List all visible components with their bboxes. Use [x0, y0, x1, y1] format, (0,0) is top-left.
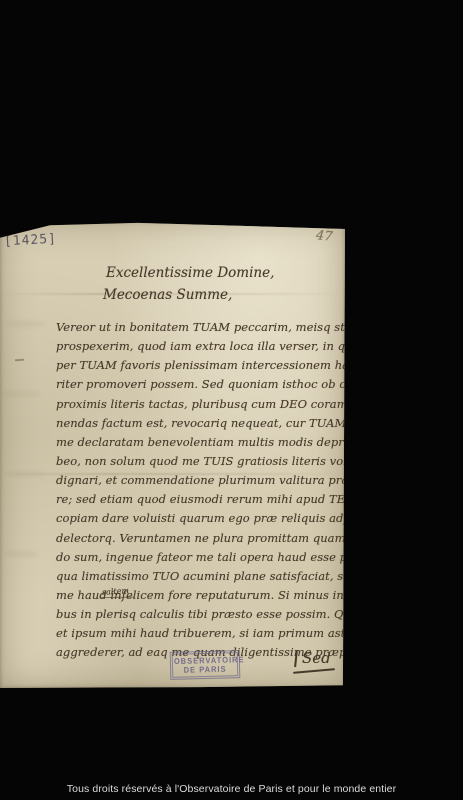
- verso-show-through: [3, 551, 39, 557]
- manuscript-line: riter promoveri possem. Sed quoniam isth…: [56, 375, 412, 394]
- verso-show-through: [6, 471, 46, 477]
- salutation-line-1: Excellentissime Domine,: [106, 262, 274, 284]
- copyright-footer: Tous droits réservés à l'Observatoire de…: [0, 778, 463, 800]
- manuscript-line: prospexerim, quod iam extra loca illa ve…: [56, 337, 412, 356]
- manuscript-line: re; sed etiam quod eiusmodi rerum mihi a…: [56, 490, 412, 509]
- manuscript-line: per TUAM favoris plenissimam intercessio…: [56, 356, 412, 375]
- archival-number-annotation: [1425]: [4, 232, 58, 250]
- copyright-text: Tous droits réservés à l'Observatoire de…: [67, 783, 396, 795]
- catchword-stroke: [294, 650, 297, 667]
- salutation-line-2: Mecoenas Summe,: [103, 284, 274, 306]
- stamp-line-2: DE PARIS: [174, 664, 236, 676]
- manuscript-line: me declaratam benevolentiam multis modis…: [56, 433, 412, 452]
- manuscript-page: [1425] 47 Excellentissime Domine, Mecoen…: [0, 221, 345, 688]
- salutation: Excellentissime Domine, Mecoenas Summe,: [106, 262, 274, 306]
- folio-number: 47: [315, 228, 333, 245]
- manuscript-line: et ipsum mihi haud tribuerem, si iam pri…: [56, 624, 412, 643]
- catchword-underline: [293, 668, 335, 673]
- manuscript-line: Vereor ut in bonitatem TUAM peccarim, me…: [56, 318, 412, 337]
- catchword: Sed: [295, 649, 331, 667]
- catchword-text: Sed: [302, 649, 331, 667]
- manuscript-line: bus in plerisq calculis tibi præsto esse…: [56, 605, 412, 624]
- verso-show-through: [2, 391, 40, 397]
- observatoire-de-paris-stamp: OBSERVATOIRE DE PARIS: [170, 650, 241, 680]
- manuscript-line: nendas factum est, revocariq nequeat, cu…: [56, 414, 412, 433]
- manuscript-line: delectorq. Veruntamen ne plura promittam…: [56, 529, 412, 548]
- manuscript-line: qua limatissimo TUO acumini plane satisf…: [56, 567, 412, 586]
- letter-body: Vereor ut in bonitatem TUAM peccarim, me…: [56, 318, 412, 663]
- manuscript-line: beo, non solum quod me TUIS gratiosis li…: [56, 452, 412, 471]
- manuscript-line: dignari, et commendatione plurimum valit…: [56, 471, 412, 490]
- margin-mark: [15, 359, 24, 362]
- manuscript-line: proximis literis tactas, pluribusq cum D…: [56, 395, 412, 414]
- interlinear-insertion: saltem: [102, 586, 130, 597]
- stamp-inner-border: OBSERVATOIRE DE PARIS: [172, 652, 239, 678]
- manuscript-line: copiam dare voluisti quarum ego præ reli…: [56, 509, 412, 528]
- verso-show-through: [4, 321, 46, 327]
- manuscript-line: do sum, ingenue fateor me tali opera hau…: [56, 548, 412, 567]
